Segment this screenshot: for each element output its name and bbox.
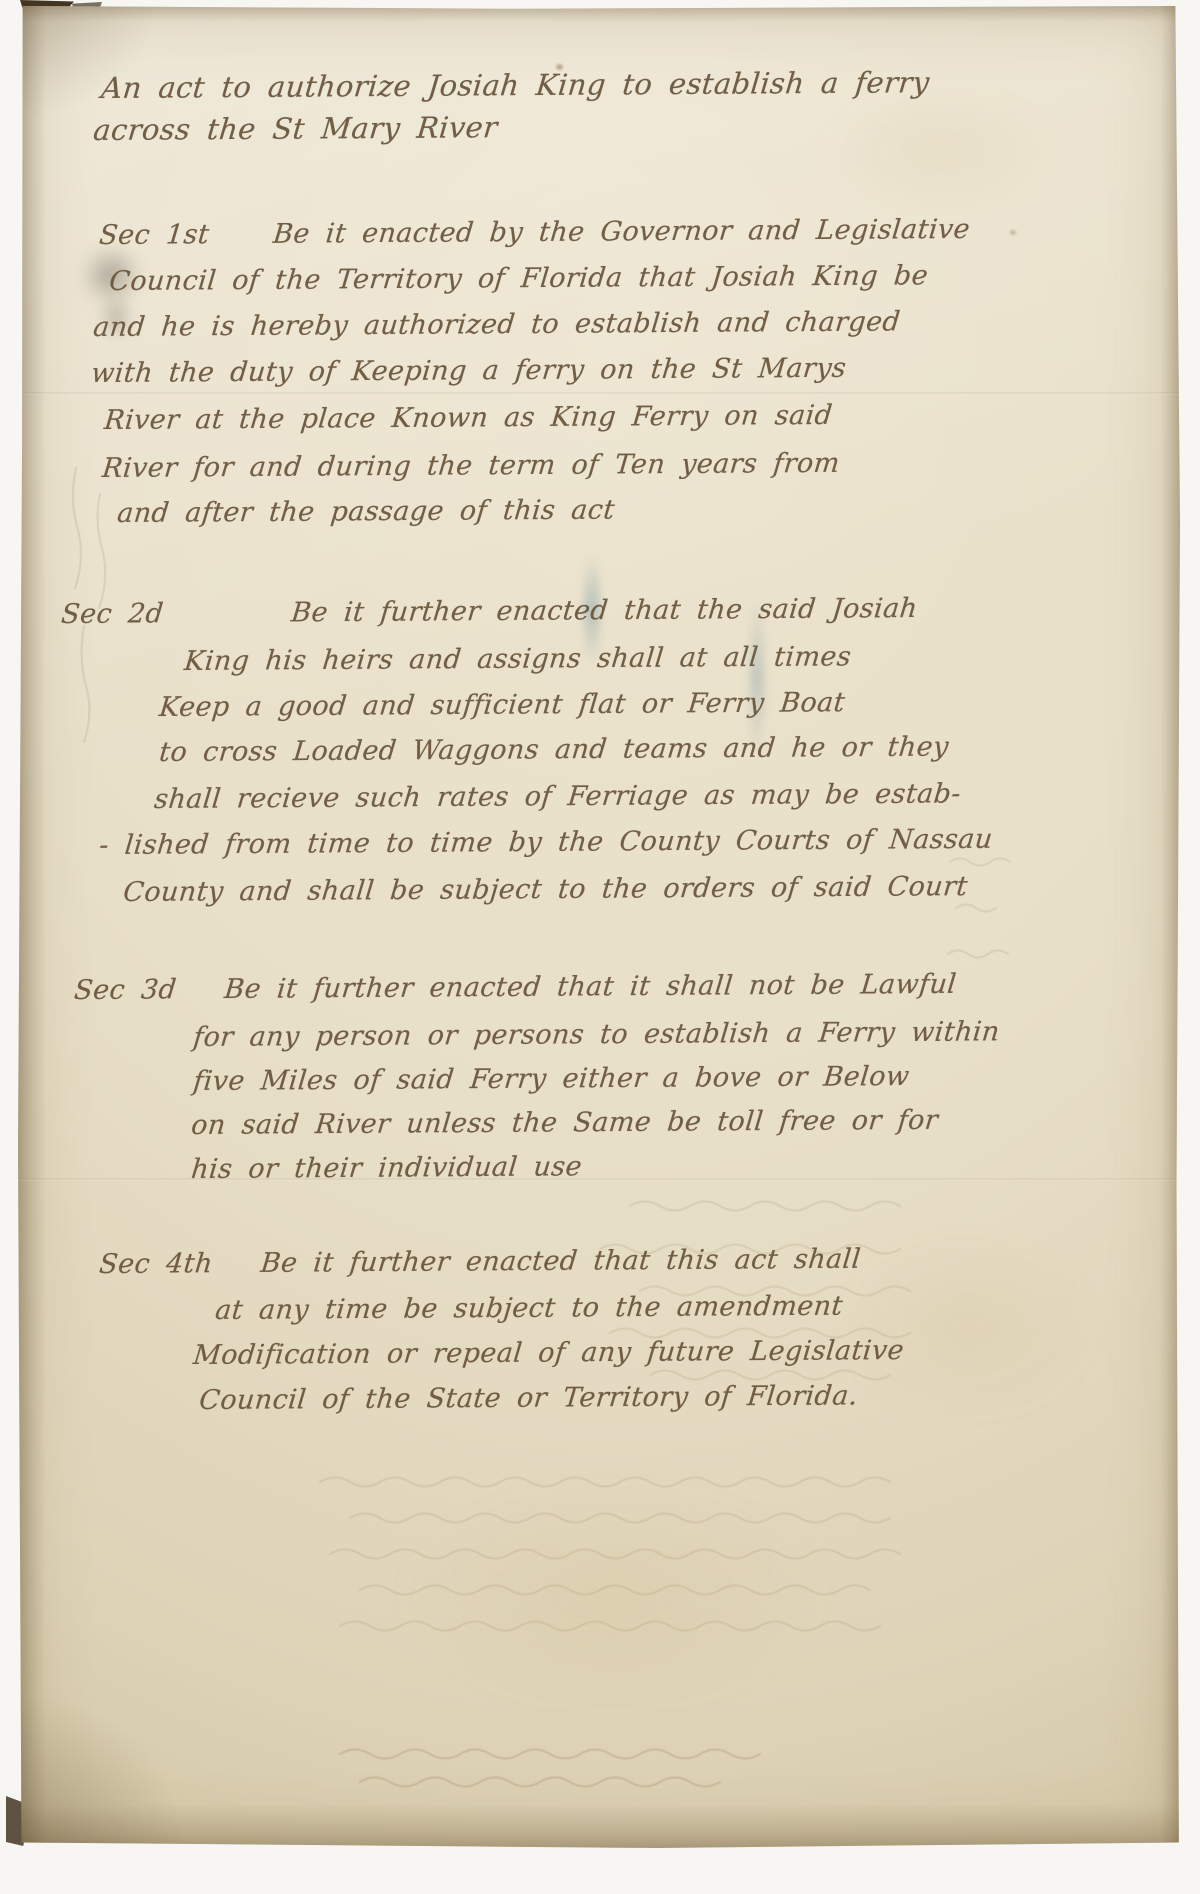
section-4-line-2: at any time be subject to the amendment [214, 1293, 844, 1324]
foxing-spot-3 [1010, 230, 1016, 235]
section-2-line-3: Keep a good and sufficient flat or Ferry… [158, 689, 846, 721]
section-2-line-2: King his heirs and assigns shall at all … [183, 643, 853, 675]
paper-edge-shading-right [1160, 6, 1180, 1848]
section-2-line-5: shall recieve such rates of Ferriage as … [153, 780, 962, 813]
section-3-line-2: for any person or persons to establish a… [192, 1018, 1001, 1051]
section-2-line-7: County and shall be subject to the order… [122, 873, 969, 906]
title-line-2: across the St Mary River [92, 113, 499, 145]
section-2-line-4: to cross Loaded Waggons and teams and he… [158, 733, 950, 766]
scan-background: An act to authorize Josiah King to estab… [0, 0, 1200, 1894]
section-1-line-1: Sec 1st Be it enacted by the Governor an… [98, 216, 971, 249]
section-1-line-2: Council of the Territory of Florida that… [108, 262, 929, 295]
section-1-line-6: River for and during the term of Ten yea… [101, 450, 841, 482]
section-3-line-4: on said River unless the Same be toll fr… [190, 1107, 940, 1139]
section-4-line-3: Modification or repeal of any future Leg… [192, 1337, 905, 1369]
section-2-line-6: - lished from time to time by the County… [98, 826, 994, 859]
section-2-line-1: Sec 2d Be it further enacted that the sa… [60, 595, 919, 628]
title-line-1: An act to authorize Josiah King to estab… [100, 68, 931, 103]
age-stain-3 [818, 86, 1058, 216]
paper-edge-shading-bottom [18, 1804, 1180, 1848]
section-3-line-1: Sec 3d Be it further enacted that it sha… [73, 971, 958, 1004]
section-1-line-5: River at the place Known as King Ferry o… [103, 402, 834, 434]
age-stain [398, 1486, 828, 1706]
section-1-line-4: with the duty of Keeping a ferry on the … [90, 355, 848, 387]
section-1-line-7: and after the passage of this act [116, 497, 616, 527]
section-1-line-3: and he is hereby authorized to establish… [92, 308, 902, 341]
section-4-line-4: Council of the State or Territory of Flo… [198, 1382, 859, 1414]
section-4-line-1: Sec 4th Be it further enacted that this … [98, 1246, 862, 1278]
paper-edge-shading-top [18, 6, 1180, 22]
section-3-line-5: his or their individual use [190, 1153, 583, 1183]
paper-corner-shading-bottom-left [18, 1628, 258, 1848]
section-3-line-3: five Miles of said Ferry either a bove o… [192, 1063, 911, 1095]
age-stain-2 [838, 1236, 1098, 1416]
paper-edge-shading-left [18, 6, 46, 1848]
fold-crease-upper [18, 392, 1180, 395]
